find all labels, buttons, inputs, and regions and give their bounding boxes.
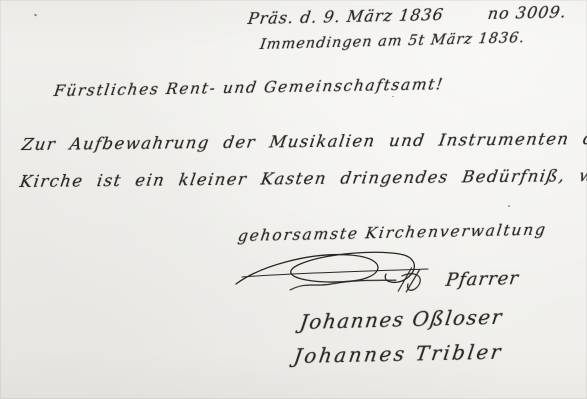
file-number: no 3009. xyxy=(487,2,568,23)
signature-scrawl xyxy=(288,264,441,300)
dateline: Immendingen am 5t März 1836. xyxy=(260,30,525,53)
signature-title: Pfarrer xyxy=(445,267,521,290)
ink-speck xyxy=(392,96,394,97)
presentation-note: Präs. d. 9. März 1836 xyxy=(247,5,445,28)
body-line-2: Kirche ist ein kleiner Kasten dringendes… xyxy=(20,166,587,191)
scanned-letter-page: Präs. d. 9. März 1836 no 3009. Immending… xyxy=(0,0,587,399)
signature-pfarrer: Pfarrer xyxy=(288,262,520,300)
presentation-line: Präs. d. 9. März 1836 no 3009. xyxy=(248,2,567,28)
signature-name-2: Johannes Tribler xyxy=(294,340,503,368)
signature-name-1: Johannes Oßloser xyxy=(300,305,503,334)
body-line-1: Zur Aufbewahrung der Musikalien und Inst… xyxy=(22,129,587,154)
closing-line: gehorsamste Kirchenverwaltung xyxy=(238,221,547,245)
ink-speck xyxy=(508,205,510,207)
salutation: Fürstliches Rent- und Gemeinschaftsamt! xyxy=(54,75,444,100)
ink-speck xyxy=(34,13,38,16)
